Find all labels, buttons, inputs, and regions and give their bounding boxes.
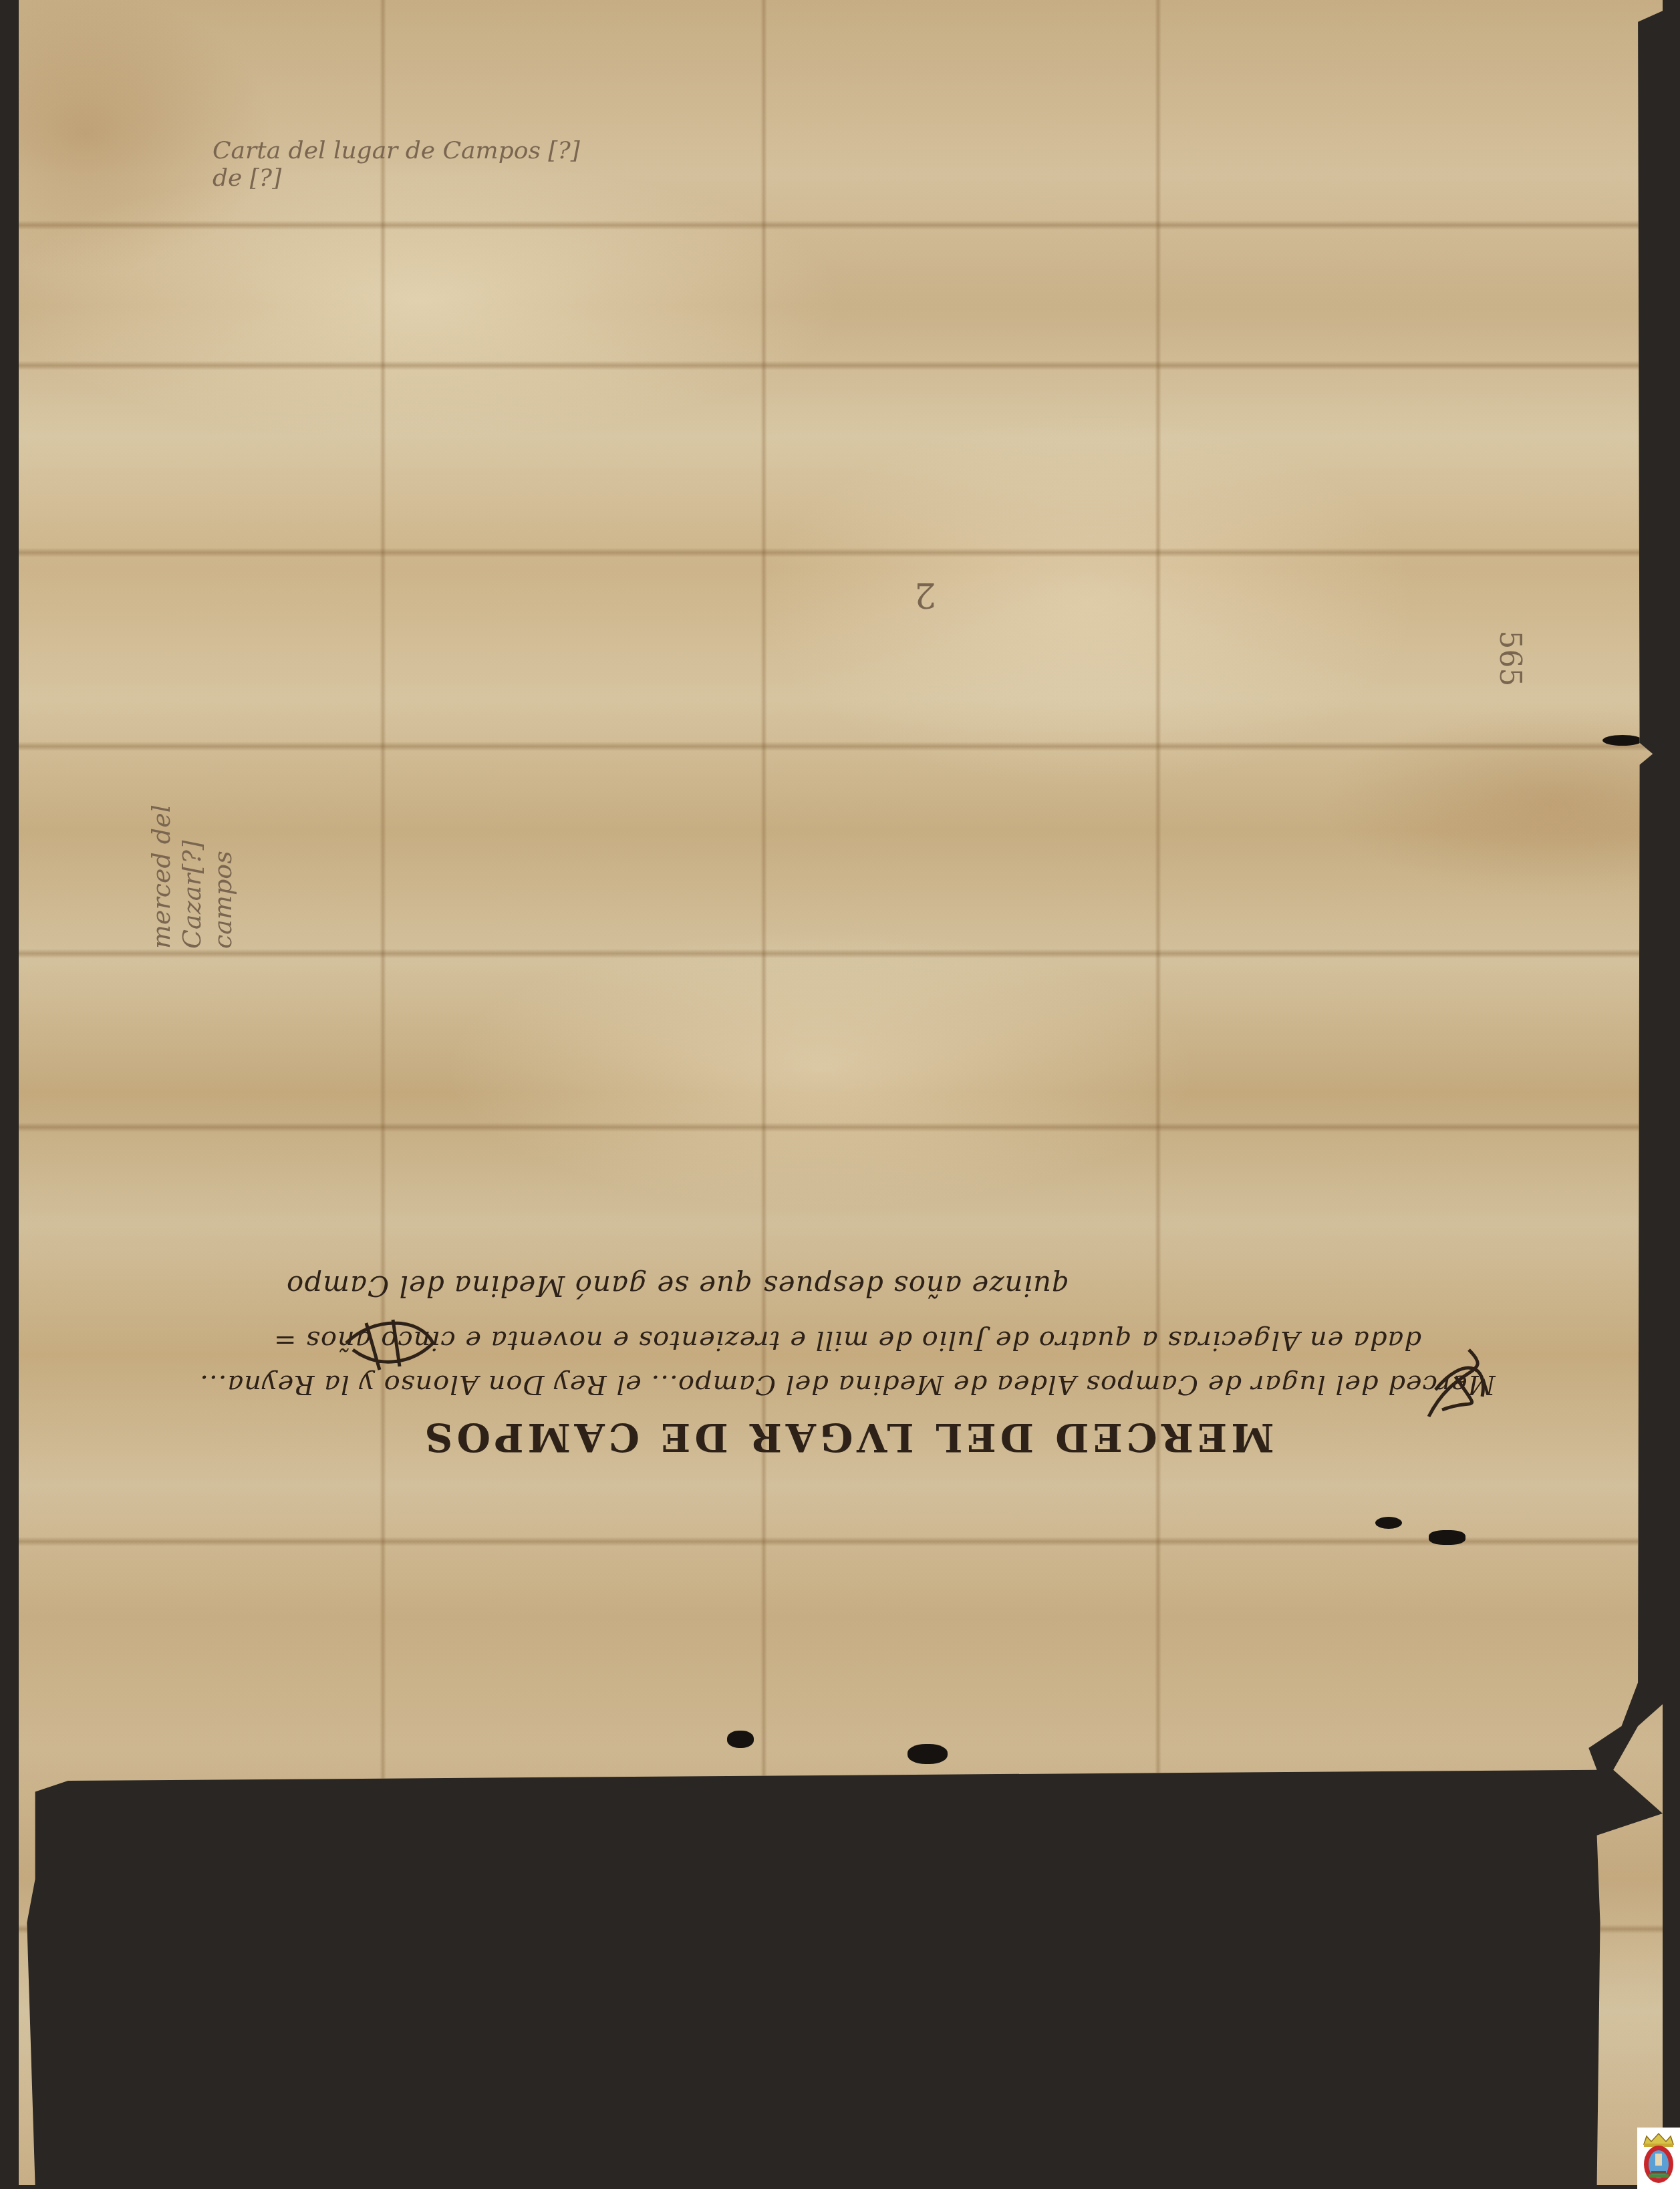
fold-line [1155, 0, 1161, 2185]
marginal-note-line: Cazar[?] [176, 805, 207, 949]
fold-line [380, 0, 386, 2185]
fold-line [19, 949, 1663, 958]
script-line: quinze años despues que se ganó Medina d… [112, 1270, 1582, 1302]
fold-line [760, 0, 767, 2185]
script-line: Merced del lugar de Campos Aldea de Medi… [112, 1369, 1582, 1400]
damage-hole [744, 2095, 775, 2108]
coat-of-arms-icon [1640, 2130, 1677, 2187]
parchment-sheet: Carta del lugar de Campos [?] de [?] 2 5… [19, 0, 1663, 2185]
folio-number: 565 [1493, 631, 1527, 687]
fold-line [19, 361, 1663, 370]
top-note-line: de [?] [213, 164, 580, 192]
damage-hole [1429, 1530, 1465, 1545]
script-line: dada en Algeciras a quatro de Julio de m… [112, 1325, 1582, 1356]
inscription-title: MERCED DEL LVGAR DE CAMPOS [112, 1415, 1582, 1460]
fold-line [19, 1924, 1663, 1934]
damage-hole [907, 1744, 948, 1764]
fold-line [19, 1537, 1663, 1546]
fold-line [19, 742, 1663, 751]
signature-flourish-icon [339, 1310, 440, 1376]
top-note-line: Carta del lugar de Campos [?] [213, 137, 580, 164]
damage-hole [814, 1807, 849, 1829]
coat-of-arms-logo [1637, 2128, 1680, 2189]
fold-number: 2 [914, 575, 936, 615]
marginal-note-line: merced del [146, 805, 176, 949]
damage-hole [1602, 735, 1643, 746]
signature-flourish-icon [1415, 1336, 1502, 1430]
marginal-note-left: merced del Cazar[?] campos [146, 805, 238, 949]
marginal-note-line: campos [207, 805, 238, 949]
damage-hole [814, 2025, 854, 2049]
charter-inscription: MERCED DEL LVGAR DE CAMPOS Merced del lu… [112, 1270, 1582, 1460]
damage-hole [1375, 1517, 1402, 1529]
damage-hole [727, 1731, 754, 1748]
fold-line [19, 221, 1663, 230]
fold-line [19, 1123, 1663, 1132]
bottom-note: privillegio de Campos [?] año [380, 2038, 717, 2065]
top-note: Carta del lugar de Campos [?] de [?] [213, 137, 580, 192]
fold-line [19, 548, 1663, 557]
